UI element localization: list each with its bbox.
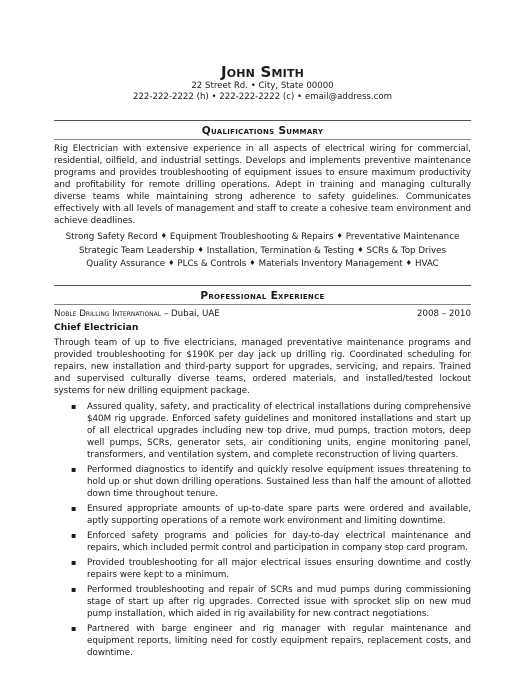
diamond-separator-icon: ♦ bbox=[354, 246, 366, 254]
job-dates: 2008 – 2010 bbox=[417, 308, 471, 320]
diamond-separator-icon: ♦ bbox=[194, 246, 206, 254]
bullet-icon: ▪ bbox=[71, 557, 76, 569]
resume-page: John Smith 22 Street Rd. • City, State 0… bbox=[54, 0, 471, 662]
diamond-separator-icon: ♦ bbox=[165, 259, 177, 267]
achievement-item: ▪Partnered with barge engineer and rig m… bbox=[54, 623, 471, 659]
achievement-text: Enforced safety programs and policies fo… bbox=[87, 531, 471, 553]
diamond-separator-icon: ♦ bbox=[403, 259, 415, 267]
achievement-item: ▪Performed troubleshooting and repair of… bbox=[54, 584, 471, 620]
skill-item: Quality Assurance bbox=[86, 259, 165, 269]
diamond-separator-icon: ♦ bbox=[158, 232, 170, 240]
skills-row: Quality Assurance♦PLCs & Controls♦Materi… bbox=[54, 258, 471, 272]
skill-item: PLCs & Controls bbox=[177, 259, 246, 269]
achievement-item: ▪Performed diagnostics to identify and q… bbox=[54, 464, 471, 500]
candidate-name: John Smith bbox=[54, 64, 471, 81]
company-name: Noble Drilling International bbox=[54, 309, 161, 319]
job-title: Chief Electrician bbox=[54, 321, 471, 334]
job-location: – Dubai, UAE bbox=[161, 309, 220, 319]
achievement-item: ▪Ensured appropriate amounts of up-to-da… bbox=[54, 503, 471, 527]
qualifications-section-header: Qualifications Summary bbox=[54, 120, 471, 140]
resume-header: John Smith 22 Street Rd. • City, State 0… bbox=[54, 64, 471, 103]
achievement-item: ▪Enforced safety programs and policies f… bbox=[54, 530, 471, 554]
achievement-text: Ensured appropriate amounts of up-to-dat… bbox=[87, 504, 471, 526]
achievement-text: Partnered with barge engineer and rig ma… bbox=[87, 624, 471, 658]
skill-item: SCRs & Top Drives bbox=[366, 246, 446, 256]
skill-item: Strategic Team Leadership bbox=[79, 246, 195, 256]
skill-item: Equipment Troubleshooting & Repairs bbox=[170, 232, 334, 242]
qualifications-summary: Rig Electrician with extensive experienc… bbox=[54, 143, 471, 227]
qualifications-title: Qualifications Summary bbox=[54, 121, 471, 139]
achievement-text: Performed troubleshooting and repair of … bbox=[87, 585, 471, 619]
achievement-item: ▪Provided troubleshooting for all major … bbox=[54, 557, 471, 581]
skill-item: Materials Inventory Management bbox=[259, 259, 403, 269]
section-divider bbox=[54, 139, 471, 140]
bullet-icon: ▪ bbox=[71, 530, 76, 542]
achievement-text: Assured quality, safety, and practicalit… bbox=[87, 402, 471, 460]
skills-row: Strong Safety Record♦Equipment Troublesh… bbox=[54, 231, 471, 245]
section-divider bbox=[54, 304, 471, 305]
achievement-list: ▪Assured quality, safety, and practicali… bbox=[54, 401, 471, 659]
bullet-icon: ▪ bbox=[71, 464, 76, 476]
diamond-separator-icon: ♦ bbox=[333, 232, 345, 240]
job-description: Through team of up to five electricians,… bbox=[54, 337, 471, 397]
bullet-icon: ▪ bbox=[71, 401, 76, 413]
job-entry: Noble Drilling International – Dubai, UA… bbox=[54, 308, 471, 659]
experience-title: Professional Experience bbox=[54, 286, 471, 304]
address-line: 22 Street Rd. • City, State 00000 bbox=[54, 81, 471, 92]
skills-list: Strong Safety Record♦Equipment Troublesh… bbox=[54, 231, 471, 272]
experience-section-header: Professional Experience bbox=[54, 285, 471, 305]
skills-row: Strategic Team Leadership♦Installation, … bbox=[54, 245, 471, 259]
employer: Noble Drilling International – Dubai, UA… bbox=[54, 308, 220, 320]
achievement-item: ▪Assured quality, safety, and practicali… bbox=[54, 401, 471, 461]
bullet-icon: ▪ bbox=[71, 584, 76, 596]
skill-item: HVAC bbox=[415, 259, 439, 269]
skill-item: Strong Safety Record bbox=[66, 232, 158, 242]
job-header: Noble Drilling International – Dubai, UA… bbox=[54, 308, 471, 320]
achievement-text: Performed diagnostics to identify and qu… bbox=[87, 465, 471, 499]
bullet-icon: ▪ bbox=[71, 503, 76, 515]
contact-line: 222-222-2222 (h) • 222-222-2222 (c) • em… bbox=[54, 92, 471, 103]
skill-item: Preventative Maintenance bbox=[346, 232, 460, 242]
bullet-icon: ▪ bbox=[71, 623, 76, 635]
diamond-separator-icon: ♦ bbox=[246, 259, 258, 267]
achievement-text: Provided troubleshooting for all major e… bbox=[87, 558, 471, 580]
skill-item: Installation, Termination & Testing bbox=[207, 246, 354, 256]
